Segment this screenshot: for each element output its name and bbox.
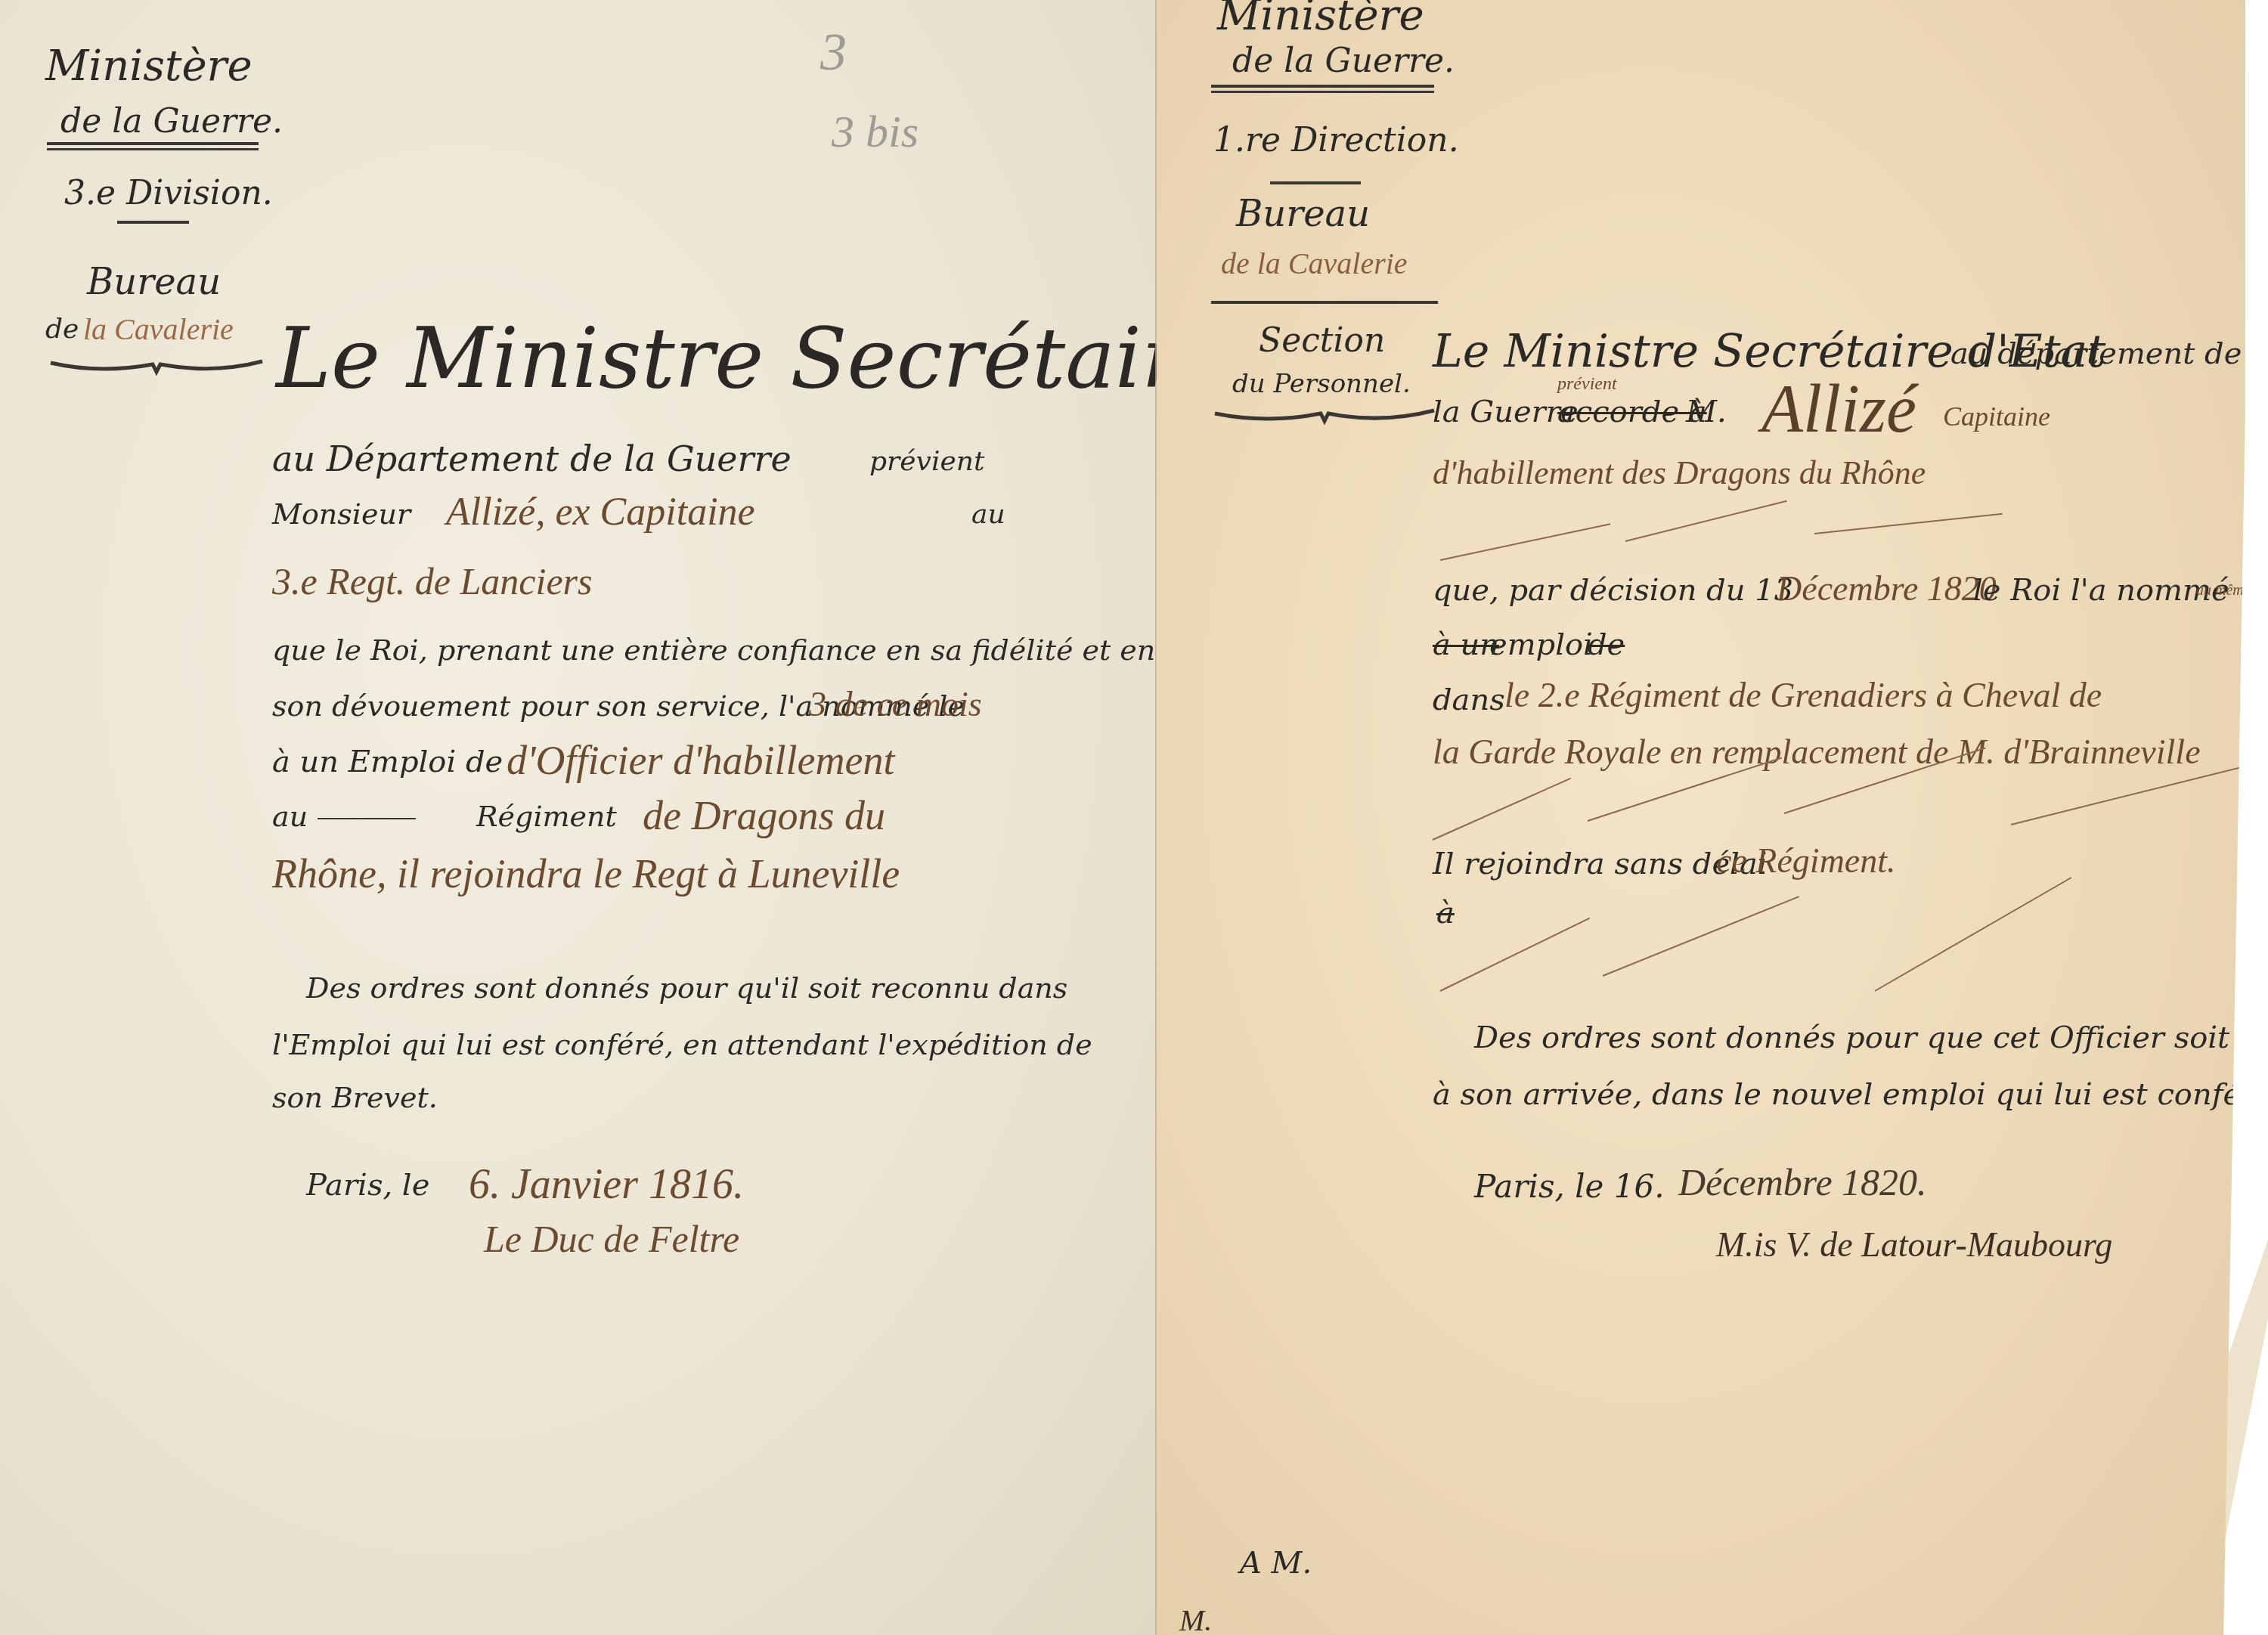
officer-name-right: Allizé [1761,370,1916,448]
closing-line-3: son Brevet. [272,1081,438,1114]
emploi-label: emploi [1489,627,1593,662]
decision-printed: que, par décision du 13 [1433,573,1793,608]
right-document-page: Ministère de la Guerre. 1.re Direction. … [1157,0,2245,1635]
cancel-stroke [1440,523,1610,561]
bureau-handwritten-right: de la Cavalerie [1221,246,1408,281]
cancel-stroke [1875,877,2072,992]
regiment-label: Régiment [476,800,617,833]
regiment-handwritten: 3.e Regt. de Lanciers [272,559,593,603]
bureau-label: Bureau [87,261,221,303]
pencil-note-number: 3 [820,23,847,83]
garde-royale-handwritten: la Garde Royale en remplacement de M. d'… [1433,732,2201,772]
date-prefix-right: Paris, le 16. [1474,1168,1665,1205]
line-au: au [971,499,1005,530]
line-roi-confiance: que le Roi, prenant une entière confianc… [272,633,1155,667]
date-handwritten-right: Décembre 1820. [1678,1160,1927,1204]
corner-note: M. [1179,1602,1212,1635]
officer-name-handwritten: Allizé, ex Capitaine [446,490,755,534]
double-rule [47,142,259,150]
regiment-grenadiers-handwritten: le 2.e Régiment de Grenadiers à Cheval d… [1504,675,2102,715]
rule-right [1211,301,1438,304]
cancel-stroke [1440,918,1591,992]
left-document-page: 3 3 bis Ministère de la Guerre. 3.e Divi… [0,0,1157,1635]
nomination-date-handwritten: 3 de ce mois [809,684,982,724]
section-sub-label: du Personnel. [1232,369,1411,399]
rejoin-handwritten: ce Régiment. [1716,841,1896,881]
bureau-label-right: Bureau [1236,193,1370,235]
decision-date-handwritten: Décembre 1820 [1777,568,1997,608]
bureau-de-label: de [45,314,79,345]
ministry-label-right: Ministère [1217,0,1424,40]
ministry-sub-label: de la Guerre. [60,102,283,141]
closing-line-1: Des ordres sont donnés pour qu'il soit r… [306,971,1067,1005]
direction-label: 1.re Direction. [1213,121,1459,159]
cancel-stroke [1433,778,1572,841]
cancel-stroke [1625,500,1787,542]
closing-right-line-1: Des ordres sont donnés pour que cet Offi… [1474,1020,2268,1055]
section-label: Section [1259,321,1385,360]
closing-right-line-2: à son arrivée, dans le nouvel emploi qui… [1433,1077,2268,1112]
signature-right: M.is V. de Latour-Maubourg [1716,1225,2112,1265]
line-previent: prévient [869,446,984,477]
inserted-au-meme: au même [2196,582,2251,599]
date-prefix: Paris, le [306,1168,429,1203]
ministry-sub-label-right: de la Guerre. [1232,42,1455,80]
division-label: 3.e Division. [64,174,273,212]
struck-accorde: accorde à [1557,395,1707,429]
inserted-previent: prévient [1557,374,1617,395]
post-handwritten: d'Officier d'habillement [507,737,895,784]
dans-label: dans [1433,683,1505,717]
habillement-handwritten: d'habillement des Dragons du Rhône [1433,454,1926,492]
flourish-divider-icon [1211,404,1438,427]
decision-tail: le Roi l'a nommé [1973,573,2229,608]
dragons-handwritten: de Dragons du [643,792,885,839]
rejoin-handwritten: Rhône, il rejoindra le Regt à Luneville [272,850,900,897]
line-emploi: à un Emploi de [272,745,503,779]
struck-de: de [1588,627,1625,662]
short-rule [117,221,189,224]
pencil-note-bis: 3 bis [832,106,919,158]
cancel-stroke [1814,513,2003,534]
blank-line [318,818,416,819]
capitaine-handwritten: Capitaine [1943,401,2050,432]
struck-a-mark: à [1436,896,1455,931]
monsieur-label: Monsieur [272,497,411,531]
closing-line-2: l'Emploi qui lui est conféré, en attenda… [272,1028,1092,1061]
right-title-tail: au département de [1950,336,2242,371]
line-departement: au Département de la Guerre [272,438,792,479]
ministry-label: Ministère [45,42,253,91]
date-handwritten: 6. Janvier 1816. [469,1160,744,1209]
line-au-regiment: au [272,800,308,833]
guerre-label: la Guerre [1433,395,1579,429]
double-rule-right [1211,85,1434,93]
flourish-divider-icon [47,355,266,378]
monsieur-abbrev: M. [1686,395,1727,429]
addressee-label: A M. [1240,1546,1312,1581]
cancel-stroke [1603,896,1799,977]
signature: Le Duc de Feltre [484,1217,739,1261]
bureau-handwritten: la Cavalerie [83,311,234,347]
short-rule-right [1270,181,1361,184]
